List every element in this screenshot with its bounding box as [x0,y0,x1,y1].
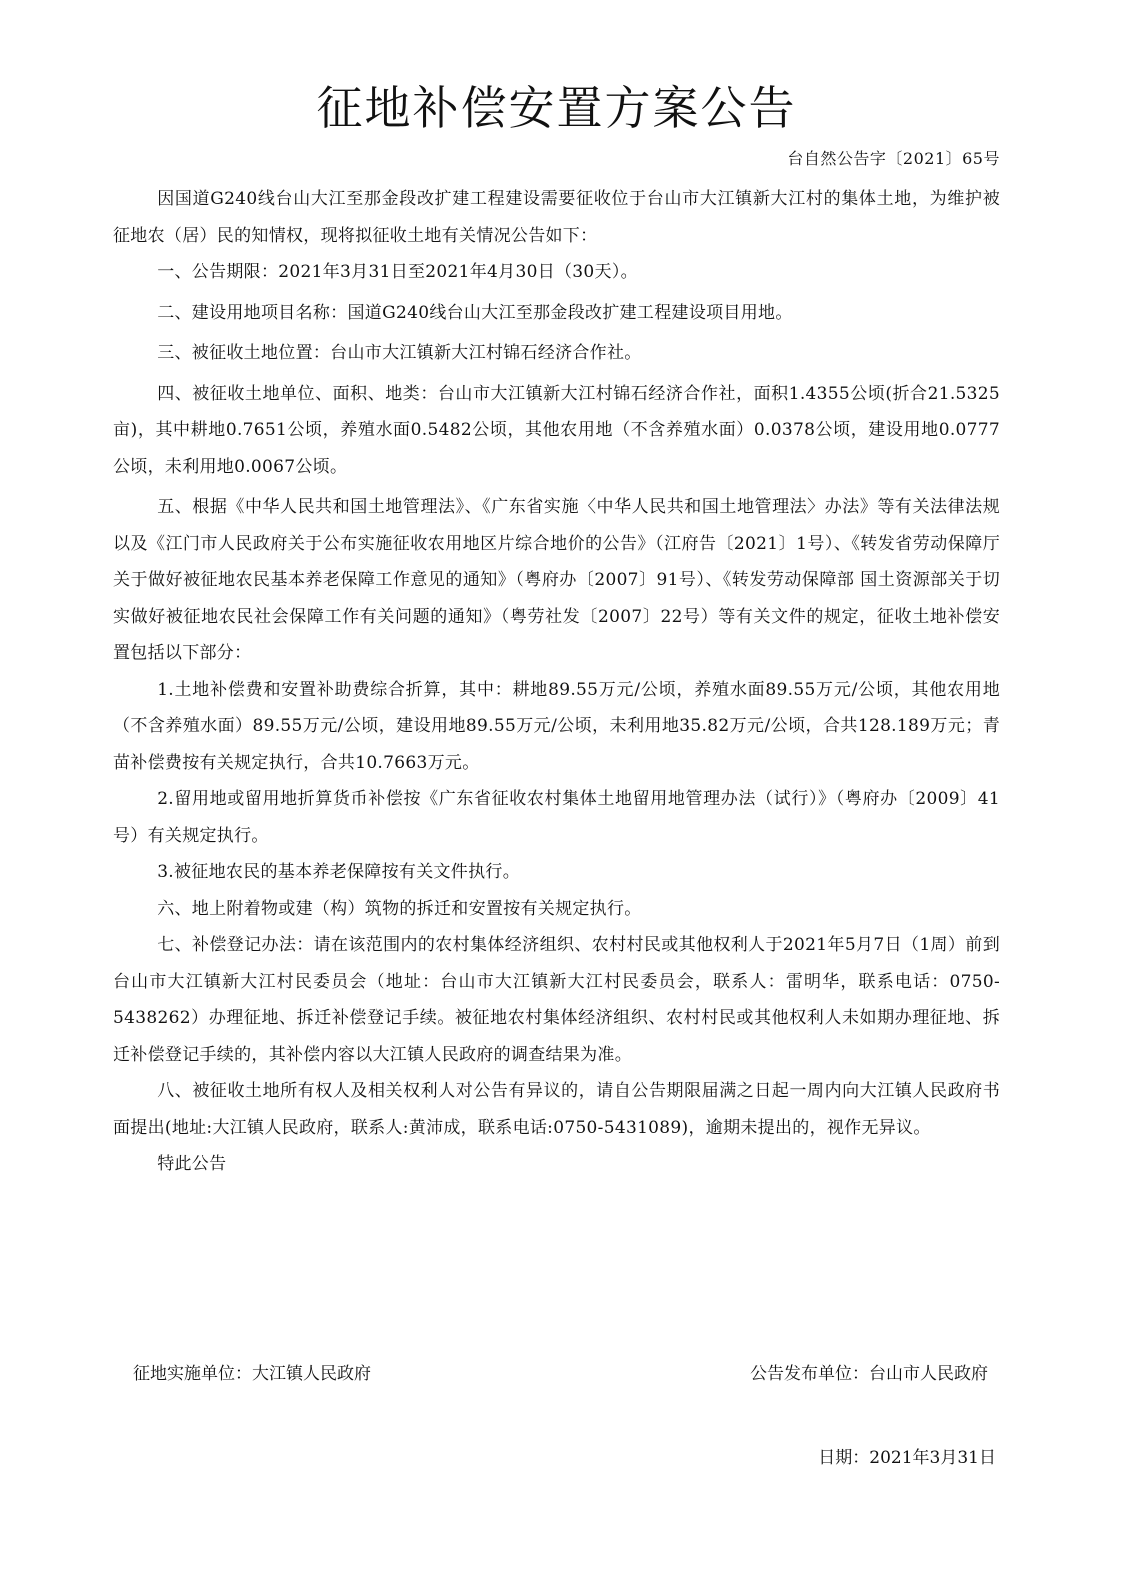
intro-paragraph: 因国道G240线台山大江至那金段改扩建工程建设需要征收位于台山市大江镇新大江村的… [113,181,1000,254]
document-title: 征地补偿安置方案公告 [113,72,1000,138]
section-5-item-2: 2.留用地或留用地折算货币补偿按《广东省征收农村集体土地留用地管理办法（试行）》… [113,781,1000,854]
section-7-registration: 七、补偿登记办法：请在该范围内的农村集体经济组织、农村村民或其他权利人于2021… [113,927,1000,1073]
section-5-legal-basis: 五、根据《中华人民共和国土地管理法》、《广东省实施〈中华人民共和国土地管理法〉办… [113,489,1000,672]
document-date: 日期：2021年3月31日 [818,1443,996,1468]
section-4-area: 四、被征收土地单位、面积、地类：台山市大江镇新大江村锦石经济合作社，面积1.43… [113,376,1000,486]
document-body: 因国道G240线台山大江至那金段改扩建工程建设需要征收位于台山市大江镇新大江村的… [113,181,1000,1183]
implementer-signature: 征地实施单位：大江镇人民政府 [133,1359,371,1384]
section-5-item-3: 3.被征地农民的基本养老保障按有关文件执行。 [113,854,1000,891]
section-8-objection: 八、被征收土地所有权人及相关权利人对公告有异议的，请自公告期限届满之日起一周内向… [113,1073,1000,1146]
publisher-signature: 公告发布单位：台山市人民政府 [750,1359,988,1384]
section-2-project-name: 二、建设用地项目名称：国道G240线台山大江至那金段改扩建工程建设项目用地。 [113,295,1000,332]
section-3-location: 三、被征收土地位置：台山市大江镇新大江村锦石经济合作社。 [113,335,1000,372]
document-number: 台自然公告字〔2021〕65号 [787,146,1000,169]
section-5-item-1: 1.土地补偿费和安置补助费综合折算，其中：耕地89.55万元/公顷，养殖水面89… [113,672,1000,782]
section-6-relocation: 六、地上附着物或建（构）筑物的拆迁和安置按有关规定执行。 [113,891,1000,928]
section-1-period: 一、公告期限：2021年3月31日至2021年4月30日（30天）。 [113,254,1000,291]
closing-remark: 特此公告 [113,1146,1000,1183]
